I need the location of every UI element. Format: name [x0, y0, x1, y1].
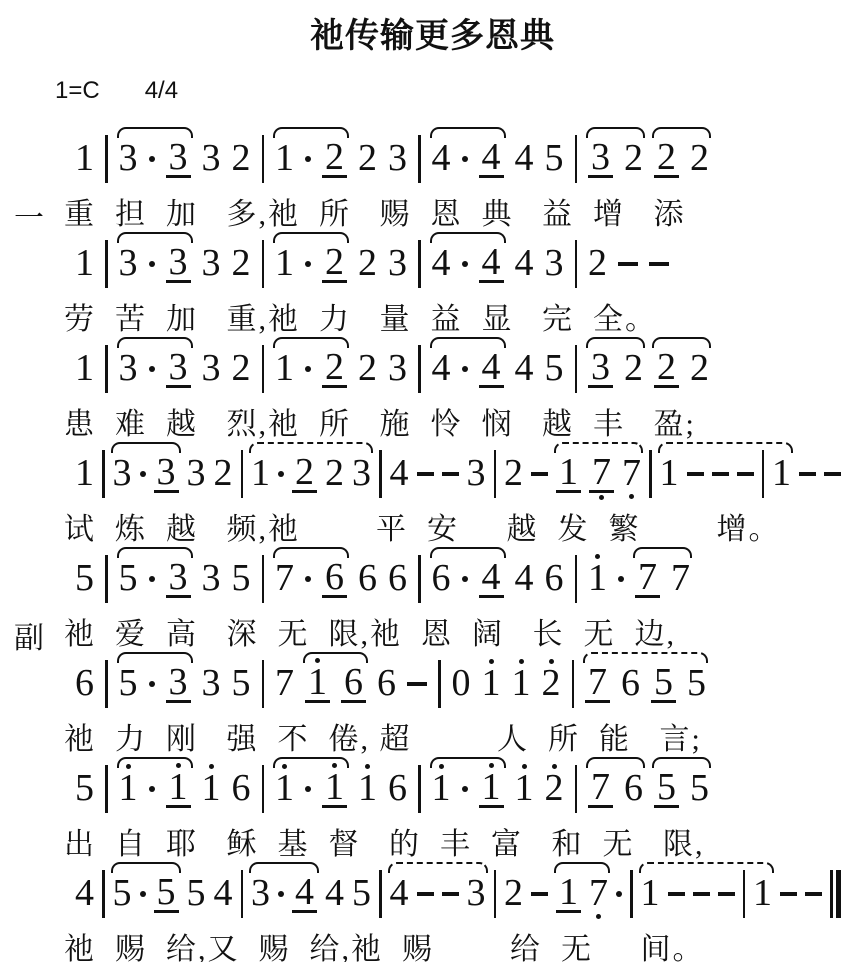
notation-row: 5533576666446177 — [0, 547, 865, 611]
slur-arc — [249, 862, 319, 873]
key-signature: 1=C — [55, 77, 100, 105]
note-5: 5 — [545, 127, 564, 191]
note-5: 5 — [352, 862, 371, 926]
duration-dash — [407, 652, 427, 716]
lyrics-row: 劳 苦 加 重,祂 力 量 益 显 完 全。 — [0, 296, 865, 336]
slur-arc — [658, 442, 793, 453]
note-2: 2 — [232, 337, 251, 401]
slur-arc — [273, 547, 349, 558]
music-system-4: 13332122343217711试 炼 越 频,祂 平 安 越 发 繁 增。 — [0, 442, 865, 546]
note-1: 1 — [75, 232, 94, 296]
slur-arc — [652, 127, 711, 138]
lyrics-row: 患 难 越 烈,祂 所 施 怜 悯 越 丰 盈; — [0, 401, 865, 441]
slur-arc — [111, 442, 181, 453]
note-3: 3 — [202, 127, 221, 191]
note-5: 5 — [75, 757, 94, 821]
music-system-7: 51116111611127655出 自 耶 稣 基 督 的 丰 富 和 无 限… — [0, 757, 865, 861]
note-3: 3 — [388, 232, 407, 296]
notation-row: 13332122344453222 — [0, 127, 865, 191]
notation-row: 13332122344453222 — [0, 337, 865, 401]
slur-arc — [388, 862, 488, 873]
note-4: 4 — [515, 547, 534, 611]
lyric-text: 祂 赐 给,又 赐 给,祂 赐 给 无 间。 — [64, 924, 705, 962]
slur-arc — [117, 337, 193, 348]
duration-dash — [649, 232, 669, 296]
lyric-text: 祂 爱 高 深 无 限,祂 恩 阔 长 无 边, — [64, 609, 676, 653]
note-3: 3 — [202, 652, 221, 716]
duration-dash — [780, 862, 797, 926]
barline — [105, 127, 108, 191]
note-4: 4 — [515, 337, 534, 401]
slur-arc — [117, 232, 193, 243]
note-1: 1 — [202, 757, 221, 821]
note-5: 5 — [75, 547, 94, 611]
notation-row: 13332122344432 — [0, 232, 865, 296]
barline — [105, 337, 108, 401]
note-2: 2 — [504, 442, 523, 506]
lyric-text: 劳 苦 加 重,祂 力 量 益 显 完 全。 — [64, 294, 657, 338]
note-3: 3 — [187, 442, 206, 506]
note-6: 6 — [377, 652, 396, 716]
lyric-text: 试 炼 越 频,祂 平 安 越 发 繁 增。 — [64, 504, 781, 548]
music-system-2: 13332122344432劳 苦 加 重,祂 力 量 益 显 完 全。 — [0, 232, 865, 336]
slur-arc — [273, 337, 349, 348]
slur-arc — [117, 127, 193, 138]
note-6: 6 — [358, 547, 377, 611]
octave-dot-below — [596, 914, 601, 919]
octave-dot-below — [599, 495, 604, 500]
music-system-3: 13332122344453222患 难 越 烈,祂 所 施 怜 悯 越 丰 盈… — [0, 337, 865, 441]
note-1: 1 — [358, 757, 377, 821]
barline — [575, 232, 578, 296]
note-5: 5 — [187, 862, 206, 926]
note-6: 6 — [75, 652, 94, 716]
note-6: 6 — [545, 547, 564, 611]
lyrics-row: 副祂 爱 高 深 无 限,祂 恩 阔 长 无 边, — [0, 611, 865, 651]
note-2: 2 — [358, 232, 377, 296]
verse-marker: 一 — [14, 193, 44, 237]
slur-arc — [633, 547, 692, 558]
duration-dash — [618, 232, 638, 296]
note-2: 2 — [542, 652, 561, 716]
duration-dot — [616, 862, 622, 926]
barline — [575, 757, 578, 821]
slur-arc — [652, 757, 711, 768]
slur-arc — [430, 547, 506, 558]
slur-arc — [554, 442, 643, 453]
note-4: 4 — [325, 862, 344, 926]
slur-arc — [586, 127, 645, 138]
note-2: 2 — [588, 232, 607, 296]
barline — [575, 127, 578, 191]
music-system-5: 5533576666446177副祂 爱 高 深 无 限,祂 恩 阔 长 无 边… — [0, 547, 865, 651]
note-1: 1 — [512, 652, 531, 716]
barline — [418, 337, 421, 401]
barline — [418, 547, 421, 611]
slur-arc — [586, 757, 645, 768]
slur-arc — [583, 652, 708, 663]
note-7: 7 — [275, 652, 294, 716]
barline — [105, 652, 108, 716]
slur-arc — [430, 127, 506, 138]
barline — [262, 757, 265, 821]
barline — [572, 652, 575, 716]
slur-arc — [652, 337, 711, 348]
lyrics-row: 试 炼 越 频,祂 平 安 越 发 繁 增。 — [0, 506, 865, 546]
note-4: 4 — [515, 232, 534, 296]
barline — [418, 127, 421, 191]
slur-arc — [430, 232, 506, 243]
note-1: 1 — [588, 547, 607, 611]
note-4: 4 — [75, 862, 94, 926]
music-systems: 13332122344453222一重 担 加 多,祂 所 赐 恩 典 益 增 … — [0, 127, 865, 962]
slur-arc — [273, 232, 349, 243]
lyrics-row: 出 自 耶 稣 基 督 的 丰 富 和 无 限, — [0, 821, 865, 861]
note-2: 2 — [232, 232, 251, 296]
slur-arc — [117, 757, 193, 768]
barline — [418, 757, 421, 821]
barline — [102, 862, 105, 926]
lyric-text: 患 难 越 烈,祂 所 施 怜 悯 越 丰 盈; — [64, 399, 696, 443]
slur-arc — [639, 862, 774, 873]
lyrics-row: 一重 担 加 多,祂 所 赐 恩 典 益 增 添 — [0, 191, 865, 231]
slur-arc — [111, 862, 181, 873]
music-system-6: 65335716601127655祂 力 刚 强 不 倦, 超 人 所 能 言; — [0, 652, 865, 756]
slur-arc — [586, 337, 645, 348]
sheet-music-page: 祂传输更多恩典 1=C 4/4 13332122344453222一重 担 加 … — [0, 0, 865, 962]
note-3: 3 — [202, 337, 221, 401]
note-3: 3 — [388, 127, 407, 191]
lyric-text: 重 担 加 多,祂 所 赐 恩 典 益 增 添 — [64, 189, 686, 233]
barline — [262, 547, 265, 611]
note-3: 3 — [545, 232, 564, 296]
duration-dash — [805, 862, 822, 926]
duration-dash — [531, 862, 548, 926]
notation-row: 4555434454321711 — [0, 862, 865, 926]
slur-arc — [303, 652, 368, 663]
barline — [241, 442, 244, 506]
note-2: 2 — [214, 442, 233, 506]
slur-arc — [554, 862, 610, 873]
final-barline — [830, 862, 841, 926]
barline — [418, 232, 421, 296]
barline — [102, 442, 105, 506]
notation-row: 51116111611127655 — [0, 757, 865, 821]
note-4: 4 — [214, 862, 233, 926]
barline — [262, 232, 265, 296]
key-time-row: 1=C 4/4 — [0, 77, 865, 105]
note-1: 1 — [482, 652, 501, 716]
octave-dot-below — [629, 494, 634, 499]
barline — [630, 862, 633, 926]
slur-arc — [430, 337, 506, 348]
barline — [105, 757, 108, 821]
note-2: 2 — [232, 127, 251, 191]
barline — [241, 862, 244, 926]
note-3: 3 — [388, 337, 407, 401]
barline — [262, 652, 265, 716]
barline — [262, 127, 265, 191]
note-3: 3 — [202, 547, 221, 611]
music-system-1: 13332122344453222一重 担 加 多,祂 所 赐 恩 典 益 增 … — [0, 127, 865, 231]
slur-arc — [430, 757, 506, 768]
note-2: 2 — [504, 862, 523, 926]
barline — [494, 862, 497, 926]
barline — [105, 232, 108, 296]
barline — [379, 862, 382, 926]
duration-dash — [799, 442, 816, 506]
music-system-8: 4555434454321711祂 赐 给,又 赐 给,祂 赐 给 无 间。 — [0, 862, 865, 962]
note-3: 3 — [467, 442, 486, 506]
notation-row: 65335716601127655 — [0, 652, 865, 716]
note-5: 5 — [232, 652, 251, 716]
barline — [649, 442, 652, 506]
slur-arc — [117, 652, 193, 663]
barline — [105, 547, 108, 611]
note-4: 4 — [515, 127, 534, 191]
duration-dash — [417, 442, 434, 506]
note-2: 2 — [358, 127, 377, 191]
note-2: 2 — [358, 337, 377, 401]
lyrics-row: 祂 力 刚 强 不 倦, 超 人 所 能 言; — [0, 716, 865, 756]
note-1: 1 — [75, 337, 94, 401]
duration-dash — [824, 442, 841, 506]
verse-marker: 副 — [14, 613, 44, 657]
note-5: 5 — [545, 337, 564, 401]
lyrics-row: 祂 赐 给,又 赐 给,祂 赐 给 无 间。 — [0, 926, 865, 962]
lyric-text: 祂 力 刚 强 不 倦, 超 人 所 能 言; — [64, 714, 702, 758]
slur-arc — [273, 757, 349, 768]
slur-arc — [273, 127, 349, 138]
duration-dash — [442, 442, 459, 506]
time-signature: 4/4 — [145, 77, 178, 105]
note-6: 6 — [232, 757, 251, 821]
note-1: 1 — [515, 757, 534, 821]
barline — [379, 442, 382, 506]
note-2: 2 — [545, 757, 564, 821]
lyric-text: 出 自 耶 稣 基 督 的 丰 富 和 无 限, — [64, 819, 705, 863]
note-6: 6 — [388, 757, 407, 821]
barline — [575, 547, 578, 611]
song-title: 祂传输更多恩典 — [0, 8, 865, 57]
note-5: 5 — [232, 547, 251, 611]
note-4: 4 — [390, 442, 409, 506]
note-1: 1 — [75, 127, 94, 191]
note-1: 1 — [75, 442, 94, 506]
barline — [575, 337, 578, 401]
rest-0: 0 — [452, 652, 471, 716]
barline — [494, 442, 497, 506]
slur-arc — [249, 442, 373, 453]
barline — [438, 652, 441, 716]
duration-dot — [618, 547, 624, 611]
barline — [262, 337, 265, 401]
note-6: 6 — [388, 547, 407, 611]
slur-arc — [117, 547, 193, 558]
duration-dash — [531, 442, 548, 506]
note-3: 3 — [202, 232, 221, 296]
notation-row: 13332122343217711 — [0, 442, 865, 506]
